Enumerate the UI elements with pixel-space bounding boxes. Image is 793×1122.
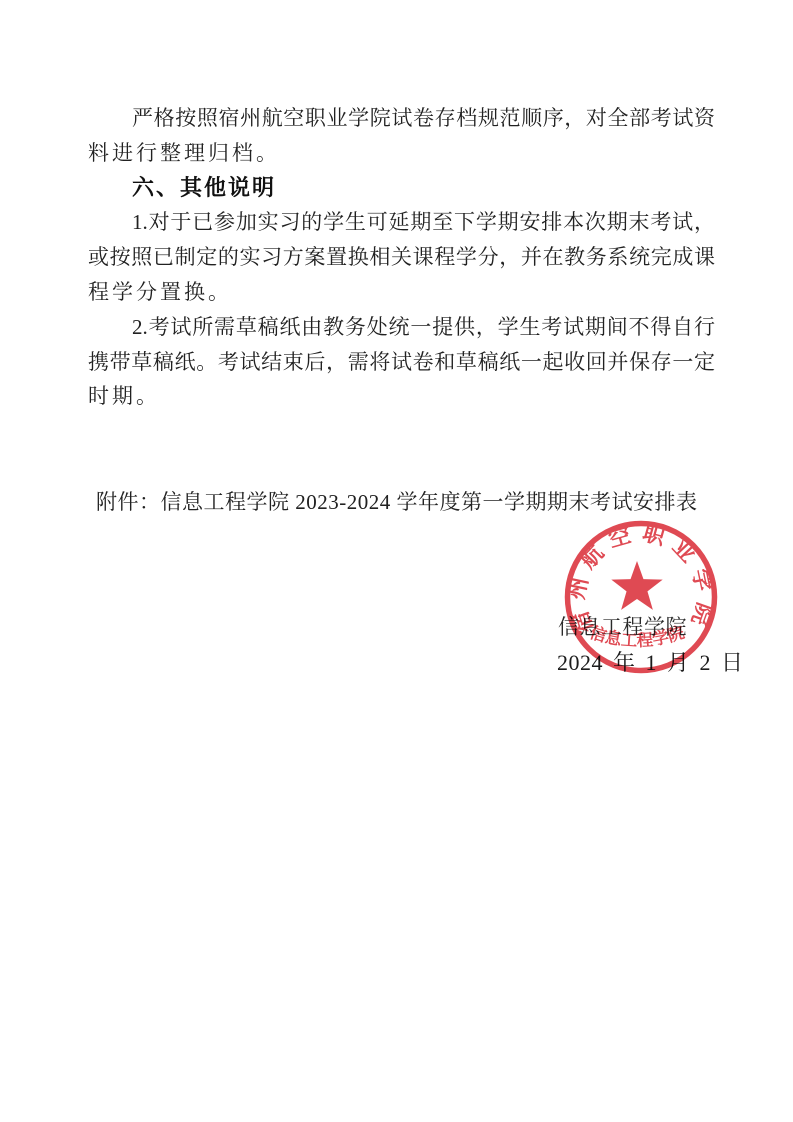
body-line: 料进行整理归档。	[88, 136, 715, 171]
body-line: 1.对于已参加实习的学生可延期至下学期安排本次期末考试，	[88, 205, 715, 240]
signature-department: 信息工程学院	[558, 611, 687, 641]
section-heading: 六、其他说明	[88, 171, 715, 206]
document-page: 严格按照宿州航空职业学院试卷存档规范顺序，对全部考试资 料进行整理归档。 六、其…	[0, 0, 793, 1122]
body-line: 或按照已制定的实习方案置换相关课程学分，并在教务系统完成课	[88, 240, 715, 275]
body-line: 严格按照宿州航空职业学院试卷存档规范顺序，对全部考试资	[88, 101, 715, 136]
attachment-line: 附件：信息工程学院 2023-2024 学年度第一学期期末考试安排表	[96, 486, 756, 516]
body-line: 时期。	[88, 379, 715, 414]
body-line: 携带草稿纸。考试结束后，需将试卷和草稿纸一起收回并保存一定	[88, 345, 715, 380]
seal-star-icon	[611, 561, 662, 610]
body-line: 程学分置换。	[88, 275, 715, 310]
body-text: 严格按照宿州航空职业学院试卷存档规范顺序，对全部考试资 料进行整理归档。 六、其…	[88, 101, 715, 414]
signature-date: 2024 年 1 月 2 日	[557, 646, 744, 677]
body-line: 2.考试所需草稿纸由教务处统一提供，学生考试期间不得自行	[88, 310, 715, 345]
